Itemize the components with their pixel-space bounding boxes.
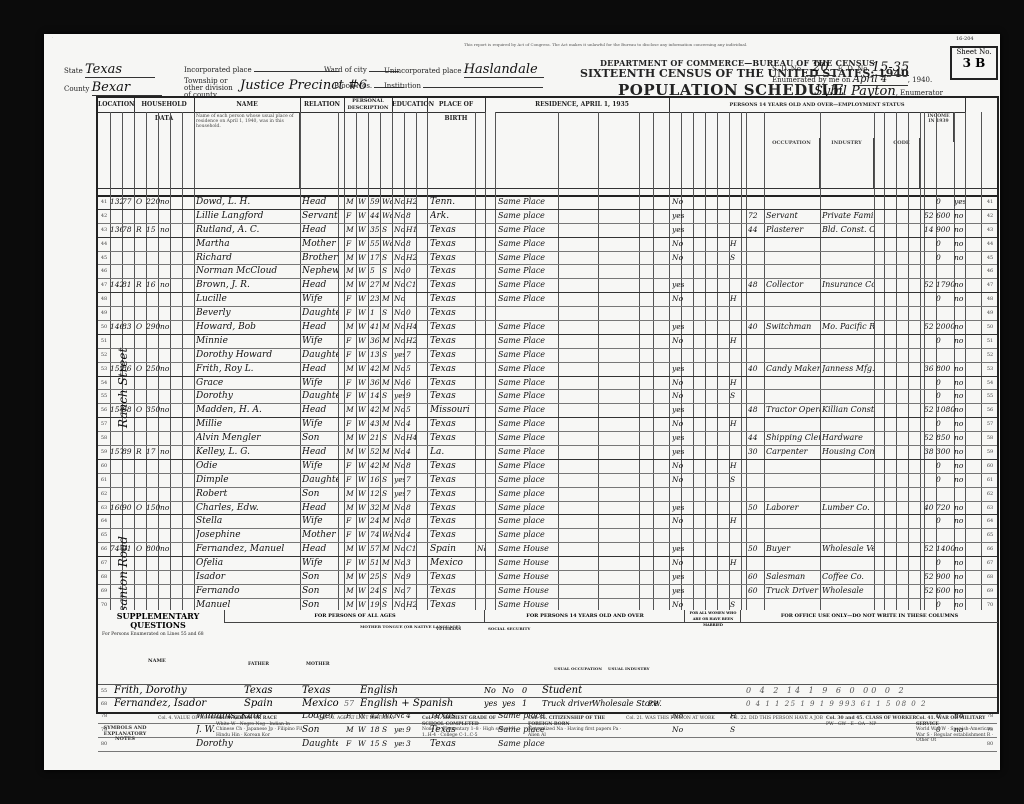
cell-sex: M bbox=[346, 488, 356, 501]
cell-value: 1500 bbox=[146, 502, 160, 515]
cell-occupation: Carpenter bbox=[766, 446, 820, 459]
cell-relation: Son bbox=[302, 585, 338, 598]
ward-label: Ward of city bbox=[324, 66, 367, 74]
cell-industry bbox=[822, 335, 874, 348]
street-name-ranch: Ranch Street bbox=[116, 348, 130, 428]
cell-school: No bbox=[394, 210, 404, 223]
cell-marital: S bbox=[382, 265, 392, 278]
cell-status: H bbox=[730, 515, 740, 528]
cell-occupation: Laborer bbox=[766, 502, 820, 515]
line-number: 49 bbox=[98, 307, 110, 320]
note-col14: Col. 14. HIGHEST GRADE OF SCHOOL COMPLET… bbox=[422, 716, 517, 738]
cell-age: 13 bbox=[370, 349, 380, 362]
cell-status: H bbox=[730, 557, 740, 570]
cell-name: Dowd, L. H. bbox=[196, 196, 300, 209]
cell-weeks bbox=[924, 196, 936, 209]
cell-name: Charles, Edw. bbox=[196, 502, 300, 515]
cell-tenure: O bbox=[136, 502, 146, 515]
section-office-use: FOR OFFICE USE ONLY—DO NOT WRITE IN THES… bbox=[740, 610, 998, 623]
cell-value bbox=[146, 335, 160, 348]
cell-school: No bbox=[394, 224, 404, 237]
cell-wage: 0 bbox=[936, 238, 954, 251]
cell-grade: 8 bbox=[406, 515, 416, 528]
cell-farm: no bbox=[160, 224, 172, 237]
cell-relation: Head bbox=[302, 363, 338, 376]
cell-grade: 7 bbox=[406, 349, 416, 362]
sd-label: S. D. No. bbox=[772, 65, 803, 73]
cell-other-income: no bbox=[954, 502, 965, 515]
cell-citizen bbox=[477, 502, 485, 515]
cell-value bbox=[146, 418, 160, 431]
cell-marital: M bbox=[382, 293, 392, 306]
cell-birthplace: Texas bbox=[430, 265, 474, 278]
cell-race: W bbox=[358, 488, 368, 501]
note-col16: Col. 16. CITIZENSHIP OF THE FOREIGN BORN… bbox=[528, 716, 623, 738]
cell-other-income bbox=[954, 529, 965, 542]
cell-sex: M bbox=[346, 363, 356, 376]
cell-hours bbox=[748, 474, 764, 487]
col-veterans: VETERANS bbox=[436, 626, 461, 631]
line-number: 55 bbox=[98, 685, 110, 698]
cell-line: 64 bbox=[983, 515, 997, 528]
cell-age: 51 bbox=[370, 557, 380, 570]
cell-sex: M bbox=[346, 543, 356, 556]
cell-weeks bbox=[924, 377, 936, 390]
cell-relation: Head bbox=[302, 404, 338, 417]
supp-office-codes: 0 4 2 14 1 9 6 0 00 0 2 bbox=[746, 685, 907, 698]
cell-hours: 30 bbox=[748, 446, 764, 459]
cell-sex: F bbox=[346, 377, 356, 390]
cell-birthplace: Texas bbox=[430, 432, 474, 445]
cell-line: 54 bbox=[983, 377, 997, 390]
cell-industry bbox=[822, 557, 874, 570]
cell-other-income: no bbox=[954, 293, 965, 306]
cell-citizen: Na bbox=[477, 543, 485, 556]
cell-hours: 44 bbox=[748, 224, 764, 237]
cell-weeks: 52 bbox=[924, 321, 936, 334]
cell-wage: 0 bbox=[936, 293, 954, 306]
cell-weeks: 52 bbox=[924, 432, 936, 445]
supp-office-codes: 0 4 1 1 25 1 9 1 9 993 61 1 5 08 0 2 bbox=[746, 698, 927, 711]
cell-value: 17 bbox=[146, 446, 160, 459]
cell-wage: 720 bbox=[936, 502, 954, 515]
cell-res1935: Same Place bbox=[498, 293, 556, 306]
census-row: 535315286O2500noFrith, Roy L.HeadMW42MNo… bbox=[98, 363, 997, 377]
cell-school: yes bbox=[394, 349, 404, 362]
cell-wage bbox=[936, 529, 954, 542]
cell-marital: M bbox=[382, 363, 392, 376]
cell-grade: 9 bbox=[406, 390, 416, 403]
cell-birthplace: Texas bbox=[430, 349, 474, 362]
cell-age: 41 bbox=[370, 321, 380, 334]
cell-school: No bbox=[394, 432, 404, 445]
cell-citizen bbox=[477, 224, 485, 237]
cell-relation: Head bbox=[302, 321, 338, 334]
cell-grade: 3 bbox=[406, 557, 416, 570]
cell-citizen bbox=[477, 252, 485, 265]
cell-citizen bbox=[477, 515, 485, 528]
cell-occupation bbox=[766, 265, 820, 278]
cell-status bbox=[730, 543, 740, 556]
cell-marital: S bbox=[382, 224, 392, 237]
cell-birthplace: Missouri bbox=[430, 404, 474, 417]
cell-res1935: Same Place bbox=[498, 377, 556, 390]
cell-visit bbox=[122, 335, 134, 348]
cell-citizen bbox=[477, 349, 485, 362]
cell-grade: 5 bbox=[406, 363, 416, 376]
cell-work: No bbox=[672, 418, 684, 431]
cell-value bbox=[146, 293, 160, 306]
cell-house: 132 bbox=[110, 196, 122, 209]
cell-school: No bbox=[394, 502, 404, 515]
note-citizen-codes: Naturalized Na · Having first papers Pa … bbox=[528, 727, 623, 738]
cell-hours bbox=[748, 529, 764, 542]
census-row: 5252Dorothy HowardDaughterFW13Syes7Texas… bbox=[98, 349, 997, 363]
cell-status bbox=[730, 404, 740, 417]
cell-weeks bbox=[924, 307, 936, 320]
confidentiality-notice: This report is required by Act of Congre… bbox=[464, 42, 844, 47]
incorporated-place-field: Incorporated place bbox=[184, 66, 339, 74]
cell-relation: Daughter bbox=[302, 307, 338, 320]
cell-grade: H2 bbox=[406, 252, 416, 265]
county-label: County bbox=[64, 85, 89, 93]
line-number: 47 bbox=[98, 279, 110, 292]
cell-visit bbox=[122, 293, 134, 306]
line-number: 68 bbox=[98, 571, 110, 584]
cell-farm bbox=[160, 432, 172, 445]
cell-house: 157 bbox=[110, 446, 122, 459]
cell-occupation bbox=[766, 293, 820, 306]
cell-value bbox=[146, 585, 160, 598]
cell-tenure bbox=[136, 377, 146, 390]
cell-wage: 0 bbox=[936, 252, 954, 265]
cell-occupation: Switchman bbox=[766, 321, 820, 334]
cell-occupation: Buyer bbox=[766, 543, 820, 556]
cell-occupation bbox=[766, 390, 820, 403]
cell-tenure bbox=[136, 515, 146, 528]
cell-occupation bbox=[766, 418, 820, 431]
cell-name: Alvin Mengler bbox=[196, 432, 300, 445]
explanatory-notes: SYMBOLS AND EXPLANATORY NOTES Col. 4. VA… bbox=[96, 714, 995, 764]
cell-marital: S bbox=[382, 474, 392, 487]
cell-house bbox=[110, 307, 122, 320]
cell-res1935: Same House bbox=[498, 571, 556, 584]
col-usual-occupation: USUAL OCCUPATION bbox=[554, 666, 602, 671]
cell-weeks bbox=[924, 349, 936, 362]
cell-visit bbox=[122, 432, 134, 445]
line-number: 65 bbox=[98, 529, 110, 542]
line-number: 44 bbox=[98, 238, 110, 251]
cell-marital: M bbox=[382, 335, 392, 348]
cell-line: 53 bbox=[983, 363, 997, 376]
cell-wage: 0 bbox=[936, 515, 954, 528]
cell-weeks: 52 bbox=[924, 210, 936, 223]
line-number: 68 bbox=[98, 698, 110, 711]
cell-sex: M bbox=[346, 196, 356, 209]
cell-relation: Nephew bbox=[302, 265, 338, 278]
cell-citizen bbox=[477, 293, 485, 306]
cell-farm: no bbox=[160, 404, 172, 417]
cell-name: Millie bbox=[196, 418, 300, 431]
line-number: 43 bbox=[98, 224, 110, 237]
line-number: 45 bbox=[98, 252, 110, 265]
income-header: INCOME IN 1939 bbox=[924, 112, 954, 142]
line-number: 42 bbox=[98, 210, 110, 223]
line-number: 54 bbox=[98, 377, 110, 390]
cell-occupation bbox=[766, 196, 820, 209]
census-row: 6464StellaWifeFW24MNo8TexasSame placeNoH… bbox=[98, 515, 997, 529]
cell-hours: 40 bbox=[748, 363, 764, 376]
line-number: 51 bbox=[98, 335, 110, 348]
cell-occupation bbox=[766, 460, 820, 473]
cell-school: No bbox=[394, 335, 404, 348]
cell-grade: H1 bbox=[406, 224, 416, 237]
cell-relation: Wife bbox=[302, 460, 338, 473]
cell-occupation bbox=[766, 557, 820, 570]
cell-age: 42 bbox=[370, 460, 380, 473]
cell-marital: Wd bbox=[382, 196, 392, 209]
cell-weeks bbox=[924, 529, 936, 542]
line-number: 62 bbox=[98, 488, 110, 501]
cell-status bbox=[730, 210, 740, 223]
cell-age: 36 bbox=[370, 377, 380, 390]
cell-citizen bbox=[477, 210, 485, 223]
cell-sex: M bbox=[346, 585, 356, 598]
cell-house: 160 bbox=[110, 502, 122, 515]
cell-value bbox=[146, 432, 160, 445]
cell-hours bbox=[748, 377, 764, 390]
cell-farm bbox=[160, 349, 172, 362]
cell-birthplace: Texas bbox=[430, 502, 474, 515]
cell-school: No bbox=[394, 196, 404, 209]
cell-birthplace: Texas bbox=[430, 460, 474, 473]
cell-grade: 5 bbox=[406, 404, 416, 417]
cell-work bbox=[672, 307, 684, 320]
cell-age: 23 bbox=[370, 293, 380, 306]
cell-citizen bbox=[477, 321, 485, 334]
cell-tenure bbox=[136, 460, 146, 473]
cell-line: 63 bbox=[983, 502, 997, 515]
cell-sex: F bbox=[346, 529, 356, 542]
cell-line: 59 bbox=[983, 446, 997, 459]
section-residence: RESIDENCE, APRIL 1, 1935 bbox=[495, 98, 670, 113]
cell-status bbox=[730, 571, 740, 584]
cell-grade: H4 bbox=[406, 432, 416, 445]
cell-school: No bbox=[394, 529, 404, 542]
cell-relation: Head bbox=[302, 446, 338, 459]
cell-occupation: Shipping Clerk bbox=[766, 432, 820, 445]
line-number: 53 bbox=[98, 363, 110, 376]
cell-weeks bbox=[924, 418, 936, 431]
cell-house bbox=[110, 265, 122, 278]
cell-res1935: Same Place bbox=[498, 279, 556, 292]
cell-sex: M bbox=[346, 432, 356, 445]
cell-res1935: Same Place bbox=[498, 363, 556, 376]
supp-mother: Texas bbox=[302, 685, 331, 698]
cell-work: No bbox=[672, 515, 684, 528]
cell-school: No bbox=[394, 418, 404, 431]
cell-name: Fernandez, Manuel bbox=[196, 543, 300, 556]
sheet-label: Sheet No. bbox=[952, 48, 996, 56]
cell-school: No bbox=[394, 404, 404, 417]
cell-grade: 4 bbox=[406, 529, 416, 542]
cell-race: W bbox=[358, 279, 368, 292]
section-married-women: FOR ALL WOMEN WHO ARE OR HAVE BEEN MARRI… bbox=[684, 610, 741, 623]
cell-other-income bbox=[954, 265, 965, 278]
cell-occupation bbox=[766, 238, 820, 251]
cell-age: 32 bbox=[370, 502, 380, 515]
cell-tenure bbox=[136, 390, 146, 403]
cell-age: 74 bbox=[370, 529, 380, 542]
cell-citizen bbox=[477, 363, 485, 376]
cell-name: Martha bbox=[196, 238, 300, 251]
cell-visit bbox=[122, 252, 134, 265]
cell-status bbox=[730, 432, 740, 445]
cell-age: 16 bbox=[370, 474, 380, 487]
cell-occupation bbox=[766, 515, 820, 528]
cell-school: yes bbox=[394, 390, 404, 403]
cell-grade: 7 bbox=[406, 474, 416, 487]
cell-industry: Bld. Const. Co. bbox=[822, 224, 874, 237]
cell-occupation: Salesman bbox=[766, 571, 820, 584]
cell-res1935: Same Place bbox=[498, 390, 556, 403]
cell-tenure bbox=[136, 349, 146, 362]
occupation-header: OCCUPATION bbox=[764, 138, 820, 188]
cell-value: 2900 bbox=[146, 321, 160, 334]
cell-visit: 83 bbox=[122, 321, 134, 334]
cell-birthplace: Texas bbox=[430, 307, 474, 320]
cell-tenure: O bbox=[136, 196, 146, 209]
cell-status: S bbox=[730, 474, 740, 487]
cell-birthplace: Ark. bbox=[430, 210, 474, 223]
cell-res1935: Same Place bbox=[498, 196, 556, 209]
cell-industry: Janness Mfg. Co. bbox=[822, 363, 874, 376]
cell-occupation bbox=[766, 474, 820, 487]
line-number: 56 bbox=[98, 404, 110, 417]
cell-birthplace: Spain bbox=[430, 543, 474, 556]
cell-hours: 40 bbox=[748, 321, 764, 334]
line-number: 46 bbox=[98, 265, 110, 278]
cell-other-income: no bbox=[954, 432, 965, 445]
institution-value bbox=[423, 87, 543, 88]
cell-grade: 9 bbox=[406, 571, 416, 584]
cell-other-income: no bbox=[954, 460, 965, 473]
cell-tenure bbox=[136, 252, 146, 265]
cell-line: 46 bbox=[983, 265, 997, 278]
cell-occupation: Plasterer bbox=[766, 224, 820, 237]
symbols-title: SYMBOLS AND EXPLANATORY NOTES bbox=[100, 726, 150, 743]
industry-header: INDUSTRY bbox=[820, 138, 874, 188]
note-col41-title: Col. 41. WAR OR MILITARY SERVICE bbox=[916, 716, 994, 727]
cell-citizen bbox=[477, 390, 485, 403]
cell-birthplace: Texas bbox=[430, 418, 474, 431]
cell-marital: Wd bbox=[382, 529, 392, 542]
cell-marital: M bbox=[382, 502, 392, 515]
cell-marital: M bbox=[382, 377, 392, 390]
cell-citizen bbox=[477, 377, 485, 390]
cell-res1935: Same Place bbox=[498, 252, 556, 265]
cell-grade: 0 bbox=[406, 265, 416, 278]
cell-name: Minnie bbox=[196, 335, 300, 348]
cell-marital: M bbox=[382, 321, 392, 334]
cell-house bbox=[110, 474, 122, 487]
cell-school: No bbox=[394, 307, 404, 320]
cell-name: Stella bbox=[196, 515, 300, 528]
cell-name: Josephine bbox=[196, 529, 300, 542]
cell-farm: no bbox=[160, 502, 172, 515]
cell-marital: M bbox=[382, 543, 392, 556]
cell-birthplace: La. bbox=[430, 446, 474, 459]
cell-status bbox=[730, 321, 740, 334]
cell-value bbox=[146, 307, 160, 320]
cell-citizen bbox=[477, 265, 485, 278]
cell-age: 44 bbox=[370, 210, 380, 223]
cell-other-income: no bbox=[954, 335, 965, 348]
note-race-codes: White W · Negro Neg · Indian In · Chines… bbox=[216, 722, 311, 739]
cell-relation: Son bbox=[302, 432, 338, 445]
cell-wage: 800 bbox=[936, 363, 954, 376]
cell-occupation: Candy Maker bbox=[766, 363, 820, 376]
cell-status bbox=[730, 224, 740, 237]
cell-wage: 600 bbox=[936, 210, 954, 223]
cell-value bbox=[146, 488, 160, 501]
cell-citizen bbox=[477, 196, 485, 209]
cell-age: 52 bbox=[370, 446, 380, 459]
cell-wage: 0 bbox=[936, 474, 954, 487]
note-col10: Col. 10. AGE AT LAST BIRTHDAY bbox=[318, 716, 413, 722]
cell-other-income: no bbox=[954, 238, 965, 251]
cell-citizen bbox=[477, 571, 485, 584]
line-number: 52 bbox=[98, 349, 110, 362]
cell-wage: 900 bbox=[936, 224, 954, 237]
line-number: 63 bbox=[98, 502, 110, 515]
cell-value bbox=[146, 252, 160, 265]
cell-age: 5 bbox=[370, 265, 380, 278]
cell-visit: 77 bbox=[122, 196, 134, 209]
cell-sex: M bbox=[346, 571, 356, 584]
cell-name: Dimple bbox=[196, 474, 300, 487]
cell-occupation bbox=[766, 335, 820, 348]
cell-grade: C1 bbox=[406, 543, 416, 556]
cell-race: W bbox=[358, 210, 368, 223]
cell-relation: Wife bbox=[302, 293, 338, 306]
cell-marital: S bbox=[382, 307, 392, 320]
cell-occupation: Servant bbox=[766, 210, 820, 223]
cell-wage: 0 bbox=[936, 377, 954, 390]
cell-weeks: 52 bbox=[924, 585, 936, 598]
cell-weeks bbox=[924, 293, 936, 306]
cell-wage: 1790 bbox=[936, 279, 954, 292]
cell-weeks bbox=[924, 515, 936, 528]
cell-birthplace: Texas bbox=[430, 293, 474, 306]
line-number: 41 bbox=[98, 196, 110, 209]
cell-marital: S bbox=[382, 349, 392, 362]
section-relation: RELATION bbox=[300, 98, 345, 113]
cell-marital: M bbox=[382, 279, 392, 292]
cell-wage: 0 bbox=[936, 557, 954, 570]
cell-farm bbox=[160, 515, 172, 528]
col-usual-industry: USUAL INDUSTRY bbox=[608, 666, 649, 671]
cell-res1935: Same Place bbox=[498, 460, 556, 473]
cell-house bbox=[110, 238, 122, 251]
cell-value bbox=[146, 377, 160, 390]
cell-tenure bbox=[136, 335, 146, 348]
cell-other-income: no bbox=[954, 571, 965, 584]
census-row: 5858Alvin MenglerSonMW21SNoH4TexasSame P… bbox=[98, 432, 997, 446]
cell-line: 41 bbox=[983, 196, 997, 209]
cell-res1935: Same Place bbox=[498, 418, 556, 431]
print-mark: . bbox=[52, 35, 53, 39]
